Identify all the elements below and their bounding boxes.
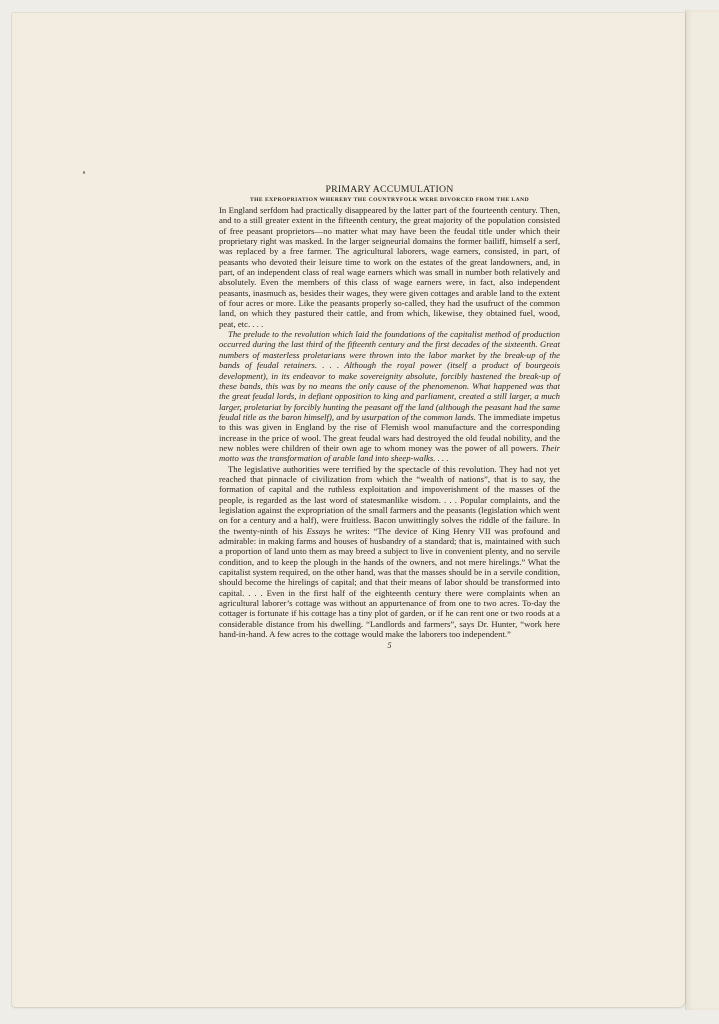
text-block: PRIMARY ACCUMULATION THE EXPROPRIATION W…	[219, 184, 560, 652]
paragraph-3-text-b: he writes: “The device of King Henry VII…	[219, 526, 560, 639]
essays-title: Essays	[307, 526, 331, 536]
paragraph-2: The prelude to the revolution which laid…	[219, 329, 560, 463]
paragraph-1: In England serfdom had practically disap…	[219, 205, 560, 329]
paper-speck	[83, 171, 85, 174]
page-title: PRIMARY ACCUMULATION	[219, 184, 560, 196]
paragraph-3: The legislative authorities were terrifi…	[219, 464, 560, 640]
page-subtitle: THE EXPROPRIATION WHEREBY THE COUNTRYFOL…	[219, 196, 560, 204]
page-number: 5	[219, 641, 560, 651]
adjacent-page-edge	[685, 10, 719, 1010]
paragraph-2-italic-quote: The prelude to the revolution which laid…	[219, 329, 560, 422]
paragraph-1-text: In England serfdom had practically disap…	[219, 205, 560, 329]
